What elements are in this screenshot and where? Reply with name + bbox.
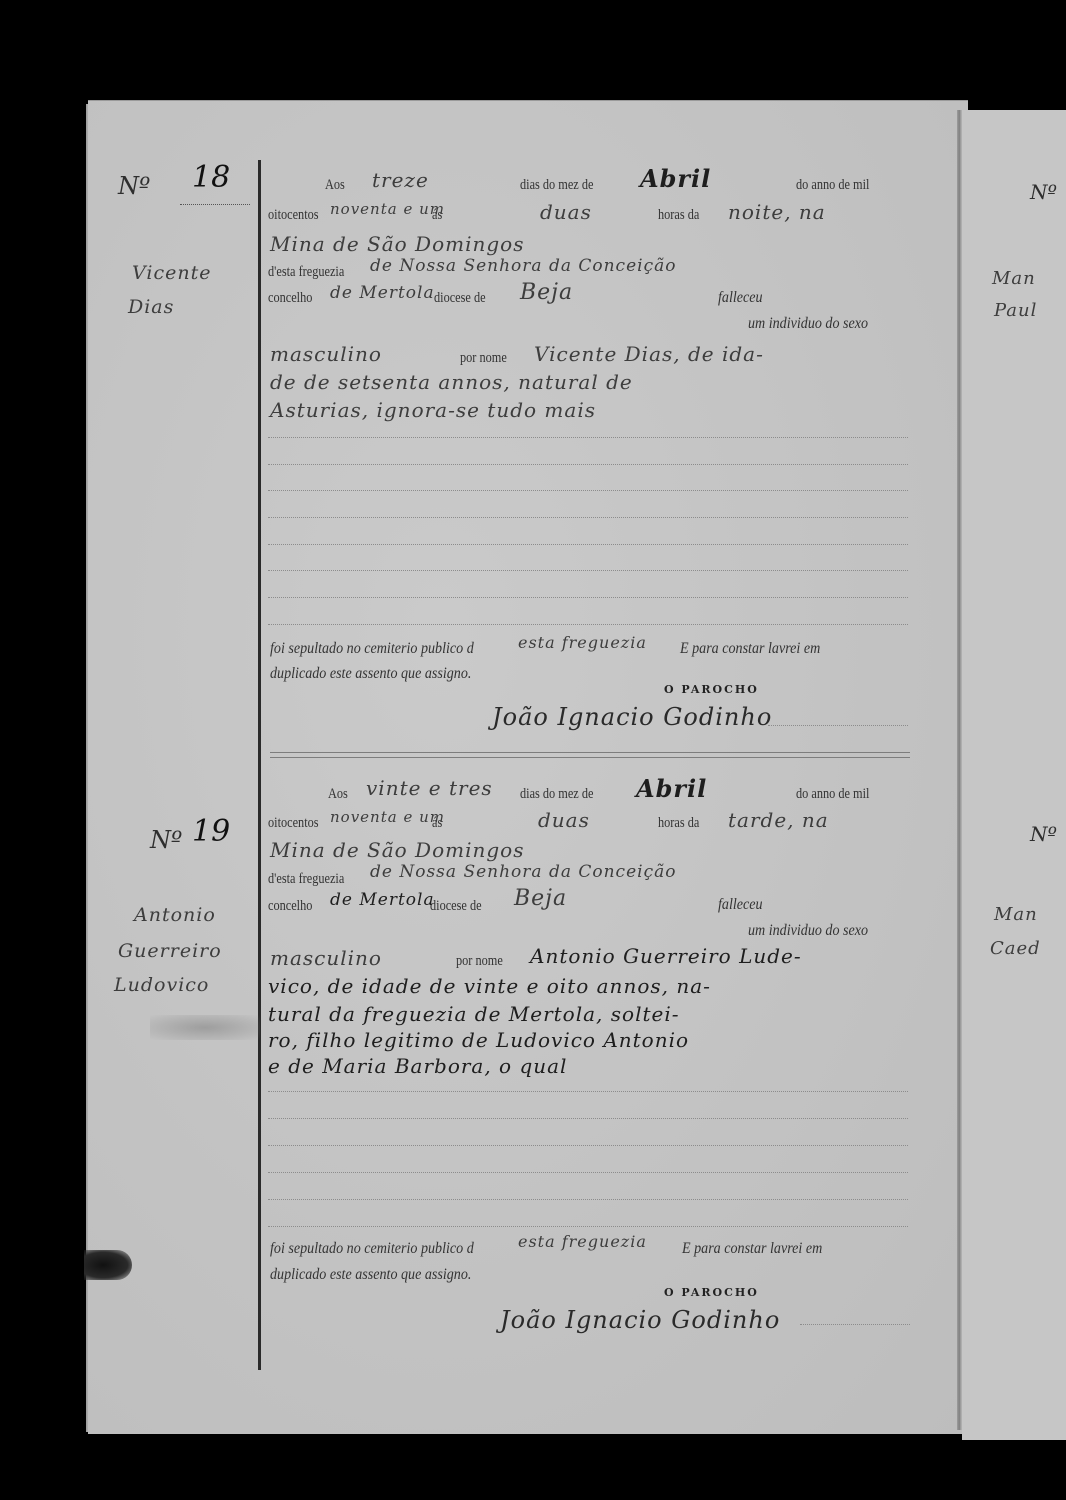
priest-signature: João Ignacio Godinho <box>500 1306 780 1334</box>
printed-duplicado: duplicado este assento que assigno. <box>270 1266 471 1284</box>
margin-name-line-2: Dias <box>128 296 174 318</box>
details-line-2: tural da freguezia de Mertola, soltei- <box>268 1002 680 1026</box>
printed-as: ás <box>432 207 442 224</box>
printed-concelho: concelho <box>268 290 312 307</box>
printed-desta-freguezia: d'esta freguezia <box>268 264 344 281</box>
printed-horas-da: horas da <box>658 815 699 832</box>
printed-concelho: concelho <box>268 898 312 915</box>
facing-entry-number-label: Nº <box>1030 180 1057 204</box>
day-field: vinte e tres <box>366 776 493 800</box>
parish-field: de Nossa Senhora da Conceição <box>370 862 676 882</box>
printed-aos: Aos <box>325 177 345 194</box>
details-line-1: Vicente Dias, de ida- <box>534 342 764 366</box>
parish-field: de Nossa Senhora da Conceição <box>370 256 676 276</box>
entry-number-label: Nº <box>150 826 182 854</box>
cemetery-field: esta freguezia <box>518 633 647 652</box>
facing-margin-line-1: Man <box>994 904 1038 925</box>
parocho-title: O PAROCHO <box>664 1286 759 1299</box>
hour-field: duas <box>538 808 590 832</box>
margin-name-line-1: Antonio <box>134 904 216 926</box>
year-field: noventa e um <box>330 808 445 826</box>
cemetery-field: esta freguezia <box>518 1232 647 1251</box>
entry-number: 19 <box>192 814 230 849</box>
printed-diocese-de: diocese de <box>434 290 486 307</box>
printed-duplicado: duplicado este assento que assigno. <box>270 665 471 683</box>
place-field: Mina de São Domingos <box>270 232 524 256</box>
printed-sepultado: foi sepultado no cemiterio publico d <box>270 640 474 658</box>
sex-field: masculino <box>270 946 382 970</box>
details-line-3: Asturias, ignora-se tudo mais <box>270 398 596 422</box>
printed-um-individuo: um individuo do sexo <box>748 315 868 333</box>
sex-field: masculino <box>270 342 382 366</box>
month-field: Abril <box>640 164 711 193</box>
name-field: Antonio Guerreiro Lude- <box>530 944 802 968</box>
printed-desta-freguezia: d'esta freguezia <box>268 871 344 888</box>
ink-smudge <box>150 1015 260 1040</box>
parocho-title: O PAROCHO <box>664 683 759 696</box>
printed-dias-do-mez: dias do mez de <box>520 786 593 803</box>
printed-um-individuo: um individuo do sexo <box>748 922 868 940</box>
details-line-1: vico, de idade de vinte e oito annos, na… <box>268 974 711 998</box>
municipality-field: de Mertola <box>330 890 435 910</box>
printed-para-constar: E para constar lavrei em <box>680 640 820 658</box>
facing-margin-line-1: Man <box>992 268 1036 289</box>
margin-name-line-1: Vicente <box>132 262 211 284</box>
binder-clip <box>84 1250 132 1280</box>
printed-por-nome: por nome <box>456 953 503 970</box>
entry-number-label: Nº <box>118 172 150 200</box>
margin-name-line-3: Ludovico <box>114 974 209 996</box>
municipality-field: de Mertola <box>330 283 435 303</box>
printed-falleceu: falleceu <box>718 896 763 914</box>
printed-horas-da: horas da <box>658 207 699 224</box>
facing-margin-line-2: Paul <box>994 300 1037 321</box>
diocese-field: Beja <box>514 886 567 911</box>
printed-as: ás <box>432 815 442 832</box>
diocese-field: Beja <box>520 280 573 305</box>
details-line-2: de de setsenta annos, natural de <box>270 370 633 394</box>
printed-oitocentos: oitocentos <box>268 815 319 832</box>
place-field: Mina de São Domingos <box>270 838 524 862</box>
period-field: tarde, na <box>728 808 829 832</box>
printed-aos: Aos <box>328 786 348 803</box>
facing-entry-number-label: Nº <box>1030 822 1057 846</box>
hour-field: duas <box>540 200 592 224</box>
entry-divider <box>270 752 910 758</box>
margin-name-line-2: Guerreiro <box>118 940 222 962</box>
period-field: noite, na <box>728 200 826 224</box>
priest-signature: João Ignacio Godinho <box>492 703 772 731</box>
printed-do-anno: do anno de mil <box>796 177 869 194</box>
facing-margin-line-2: Caed <box>990 938 1041 959</box>
printed-para-constar: E para constar lavrei em <box>682 1240 822 1258</box>
printed-diocese-de: diocese de <box>430 898 482 915</box>
printed-oitocentos: oitocentos <box>268 207 319 224</box>
printed-falleceu: falleceu <box>718 289 763 307</box>
details-line-3: ro, filho legitimo de Ludovico Antonio <box>268 1028 689 1052</box>
printed-do-anno: do anno de mil <box>796 786 869 803</box>
details-line-4: e de Maria Barbora, o qual <box>268 1054 567 1078</box>
margin-rule <box>258 160 261 1370</box>
number-underline <box>180 204 250 206</box>
printed-sepultado: foi sepultado no cemiterio publico d <box>270 1240 474 1258</box>
year-field: noventa e um <box>330 200 445 218</box>
printed-por-nome: por nome <box>460 350 507 367</box>
printed-dias-do-mez: dias do mez de <box>520 177 593 194</box>
entry-number: 18 <box>192 160 230 195</box>
month-field: Abril <box>636 774 707 803</box>
day-field: treze <box>372 168 429 192</box>
